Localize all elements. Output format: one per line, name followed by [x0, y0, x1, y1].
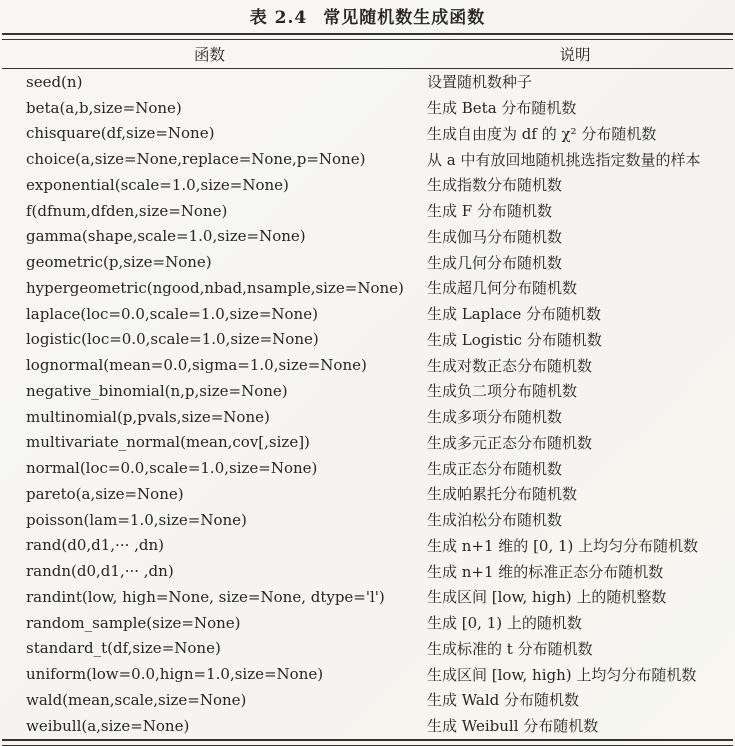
description-cell: 生成帕累托分布随机数: [417, 481, 733, 507]
description-cell: 生成 n+1 维的 [0, 1) 上均匀分布随机数: [417, 533, 733, 559]
table-row: lognormal(mean=0.0,sigma=1.0,size=None)生…: [2, 352, 733, 378]
table-row: random_sample(size=None)生成 [0, 1) 上的随机数: [2, 610, 733, 636]
description-cell: 从 a 中有放回地随机挑选指定数量的样本: [417, 146, 733, 172]
table-row: pareto(a,size=None)生成帕累托分布随机数: [2, 481, 733, 507]
table-row: beta(a,b,size=None)生成 Beta 分布随机数: [2, 95, 733, 121]
function-cell: normal(loc=0.0,scale=1.0,size=None): [2, 455, 417, 481]
function-cell: hypergeometric(ngood,nbad,nsample,size=N…: [2, 275, 417, 301]
function-cell: laplace(loc=0.0,scale=1.0,size=None): [2, 301, 417, 327]
table-body: seed(n)设置随机数种子beta(a,b,size=None)生成 Beta…: [2, 69, 733, 739]
table-row: rand(d0,d1,··· ,dn)生成 n+1 维的 [0, 1) 上均匀分…: [2, 533, 733, 559]
table-row: poisson(lam=1.0,size=None)生成泊松分布随机数: [2, 507, 733, 533]
function-cell: wald(mean,scale,size=None): [2, 687, 417, 713]
table-row: multivariate_normal(mean,cov[,size])生成多元…: [2, 430, 733, 456]
table-row: laplace(loc=0.0,scale=1.0,size=None)生成 L…: [2, 301, 733, 327]
table-number: 表 2.4: [250, 8, 308, 28]
table-row: seed(n)设置随机数种子: [2, 69, 733, 95]
function-cell: poisson(lam=1.0,size=None): [2, 507, 417, 533]
table-row: choice(a,size=None,replace=None,p=None)从…: [2, 146, 733, 172]
table-row: wald(mean,scale,size=None)生成 Wald 分布随机数: [2, 687, 733, 713]
function-cell: standard_t(df,size=None): [2, 636, 417, 662]
description-cell: 生成伽马分布随机数: [417, 224, 733, 250]
function-cell: uniform(low=0.0,hign=1.0,size=None): [2, 661, 417, 687]
table-row: logistic(loc=0.0,scale=1.0,size=None)生成 …: [2, 327, 733, 353]
table-row: f(dfnum,dfden,size=None)生成 F 分布随机数: [2, 198, 733, 224]
description-cell: 生成标准的 t 分布随机数: [417, 636, 733, 662]
function-cell: lognormal(mean=0.0,sigma=1.0,size=None): [2, 352, 417, 378]
description-cell: 生成 Beta 分布随机数: [417, 95, 733, 121]
column-header-description: 说明: [417, 40, 733, 69]
function-cell: geometric(p,size=None): [2, 249, 417, 275]
description-cell: 生成 [0, 1) 上的随机数: [417, 610, 733, 636]
function-cell: f(dfnum,dfden,size=None): [2, 198, 417, 224]
description-cell: 生成 Wald 分布随机数: [417, 687, 733, 713]
description-cell: 生成多元正态分布随机数: [417, 430, 733, 456]
description-cell: 生成 Laplace 分布随机数: [417, 301, 733, 327]
table-header: 函数 说明: [2, 40, 733, 69]
table-row: hypergeometric(ngood,nbad,nsample,size=N…: [2, 275, 733, 301]
function-cell: random_sample(size=None): [2, 610, 417, 636]
function-cell: rand(d0,d1,··· ,dn): [2, 533, 417, 559]
table-row: chisquare(df,size=None)生成自由度为 df 的 χ² 分布…: [2, 121, 733, 147]
function-cell: weibull(a,size=None): [2, 713, 417, 739]
table-row: normal(loc=0.0,scale=1.0,size=None)生成正态分…: [2, 455, 733, 481]
description-cell: 生成 n+1 维的标准正态分布随机数: [417, 558, 733, 584]
function-cell: chisquare(df,size=None): [2, 121, 417, 147]
bottom-double-rule: [2, 739, 733, 746]
function-cell: randint(low, high=None, size=None, dtype…: [2, 584, 417, 610]
description-cell: 生成区间 [low, high) 上均匀分布随机数: [417, 661, 733, 687]
table-row: negative_binomial(n,p,size=None)生成负二项分布随…: [2, 378, 733, 404]
random-functions-table: 函数 说明 seed(n)设置随机数种子beta(a,b,size=None)生…: [2, 40, 733, 739]
table-row: standard_t(df,size=None)生成标准的 t 分布随机数: [2, 636, 733, 662]
description-cell: 生成负二项分布随机数: [417, 378, 733, 404]
function-cell: multinomial(p,pvals,size=None): [2, 404, 417, 430]
function-cell: seed(n): [2, 69, 417, 95]
description-cell: 生成 Logistic 分布随机数: [417, 327, 733, 353]
function-cell: exponential(scale=1.0,size=None): [2, 172, 417, 198]
function-cell: randn(d0,d1,··· ,dn): [2, 558, 417, 584]
description-cell: 生成指数分布随机数: [417, 172, 733, 198]
description-cell: 生成 Weibull 分布随机数: [417, 713, 733, 739]
function-cell: choice(a,size=None,replace=None,p=None): [2, 146, 417, 172]
scanned-page: 表 2.4常见随机数生成函数 函数 说明 seed(n)设置随机数种子beta(…: [0, 0, 735, 746]
table-row: randn(d0,d1,··· ,dn)生成 n+1 维的标准正态分布随机数: [2, 558, 733, 584]
table-row: randint(low, high=None, size=None, dtype…: [2, 584, 733, 610]
table-row: geometric(p,size=None)生成几何分布随机数: [2, 249, 733, 275]
description-cell: 生成多项分布随机数: [417, 404, 733, 430]
function-cell: gamma(shape,scale=1.0,size=None): [2, 224, 417, 250]
top-double-rule: [2, 33, 733, 40]
table-row: uniform(low=0.0,hign=1.0,size=None)生成区间 …: [2, 661, 733, 687]
description-cell: 生成泊松分布随机数: [417, 507, 733, 533]
description-cell: 生成超几何分布随机数: [417, 275, 733, 301]
description-cell: 生成几何分布随机数: [417, 249, 733, 275]
function-cell: pareto(a,size=None): [2, 481, 417, 507]
description-cell: 生成对数正态分布随机数: [417, 352, 733, 378]
function-cell: negative_binomial(n,p,size=None): [2, 378, 417, 404]
function-cell: multivariate_normal(mean,cov[,size]): [2, 430, 417, 456]
table-row: gamma(shape,scale=1.0,size=None)生成伽马分布随机…: [2, 224, 733, 250]
table-title-text: 常见随机数生成函数: [323, 8, 485, 28]
table-row: weibull(a,size=None)生成 Weibull 分布随机数: [2, 713, 733, 739]
table-row: multinomial(p,pvals,size=None)生成多项分布随机数: [2, 404, 733, 430]
description-cell: 设置随机数种子: [417, 69, 733, 95]
table-caption: 表 2.4常见随机数生成函数: [0, 5, 735, 31]
table-row: exponential(scale=1.0,size=None)生成指数分布随机…: [2, 172, 733, 198]
description-cell: 生成自由度为 df 的 χ² 分布随机数: [417, 121, 733, 147]
function-cell: beta(a,b,size=None): [2, 95, 417, 121]
column-header-function: 函数: [2, 40, 417, 69]
description-cell: 生成 F 分布随机数: [417, 198, 733, 224]
function-cell: logistic(loc=0.0,scale=1.0,size=None): [2, 327, 417, 353]
description-cell: 生成正态分布随机数: [417, 455, 733, 481]
description-cell: 生成区间 [low, high) 上的随机整数: [417, 584, 733, 610]
